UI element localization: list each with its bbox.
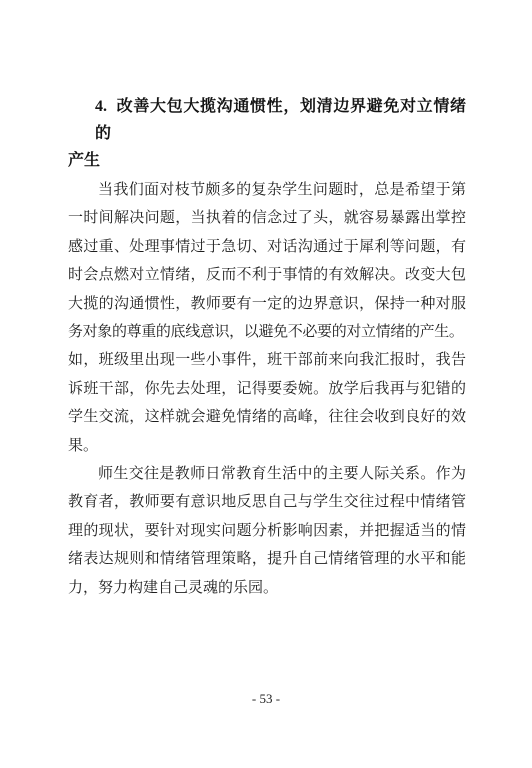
text-line: 绪表达规则和情绪管理策略，提升自己情绪管理的水平和能 [68,545,466,573]
paragraph-1: 当我们面对枝节颇多的复杂学生问题时，总是希望于第 一时间解决问题，当执着的信念过… [68,176,466,460]
text-line: 如，班级里出现一些小事件，班干部前来向我汇报时，我告 [68,346,466,374]
heading-line-1: 4.改善大包大揽沟通惯性，划清边界避免对立情绪的 [68,93,466,147]
page-number: - 53 - [252,691,280,706]
text-line: 学生交流，这样就会避免情绪的高峰，往往会收到良好的效 [68,403,466,431]
page-footer: - 53 - [0,691,532,707]
paragraph-2: 师生交往是教师日常教育生活中的主要人际关系。作为 教育者，教师要有意识地反思自己… [68,460,466,602]
text-line: 师生交往是教师日常教育生活中的主要人际关系。作为 [68,460,466,488]
heading-number: 4. [95,98,116,115]
text-line: 理的现状，要针对现实问题分析影响因素，并把握适当的情 [68,517,466,545]
document-page: 4.改善大包大揽沟通惯性，划清边界避免对立情绪的 产生 当我们面对枝节颇多的复杂… [0,0,532,768]
text-line: 大揽的沟通惯性，教师要有一定的边界意识，保持一种对服 [68,290,466,318]
text-line: 力，努力构建自己灵魂的乐园。 [68,574,466,602]
heading-line-2: 产生 [68,147,466,174]
text-line: 诉班干部，你先去处理，记得要委婉。放学后我再与犯错的 [68,375,466,403]
text-line: 时会点燃对立情绪，反而不利于事情的有效解决。改变大包 [68,261,466,289]
text-line: 果。 [68,432,466,460]
section-heading: 4.改善大包大揽沟通惯性，划清边界避免对立情绪的 产生 [68,93,466,174]
text-line: 当我们面对枝节颇多的复杂学生问题时，总是希望于第 [68,176,466,204]
text-line: 一时间解决问题，当执着的信念过了头，就容易暴露出掌控 [68,204,466,232]
heading-text: 改善大包大揽沟通惯性，划清边界避免对立情绪的 [95,98,466,142]
text-line: 务对象的尊重的底线意识，以避免不必要的对立情绪的产生。 [68,318,466,346]
page-content: 4.改善大包大揽沟通惯性，划清边界避免对立情绪的 产生 当我们面对枝节颇多的复杂… [68,93,466,602]
text-line: 教育者，教师要有意识地反思自己与学生交往过程中情绪管 [68,488,466,516]
text-line: 感过重、处理事情过于急切、对话沟通过于犀利等问题，有 [68,233,466,261]
